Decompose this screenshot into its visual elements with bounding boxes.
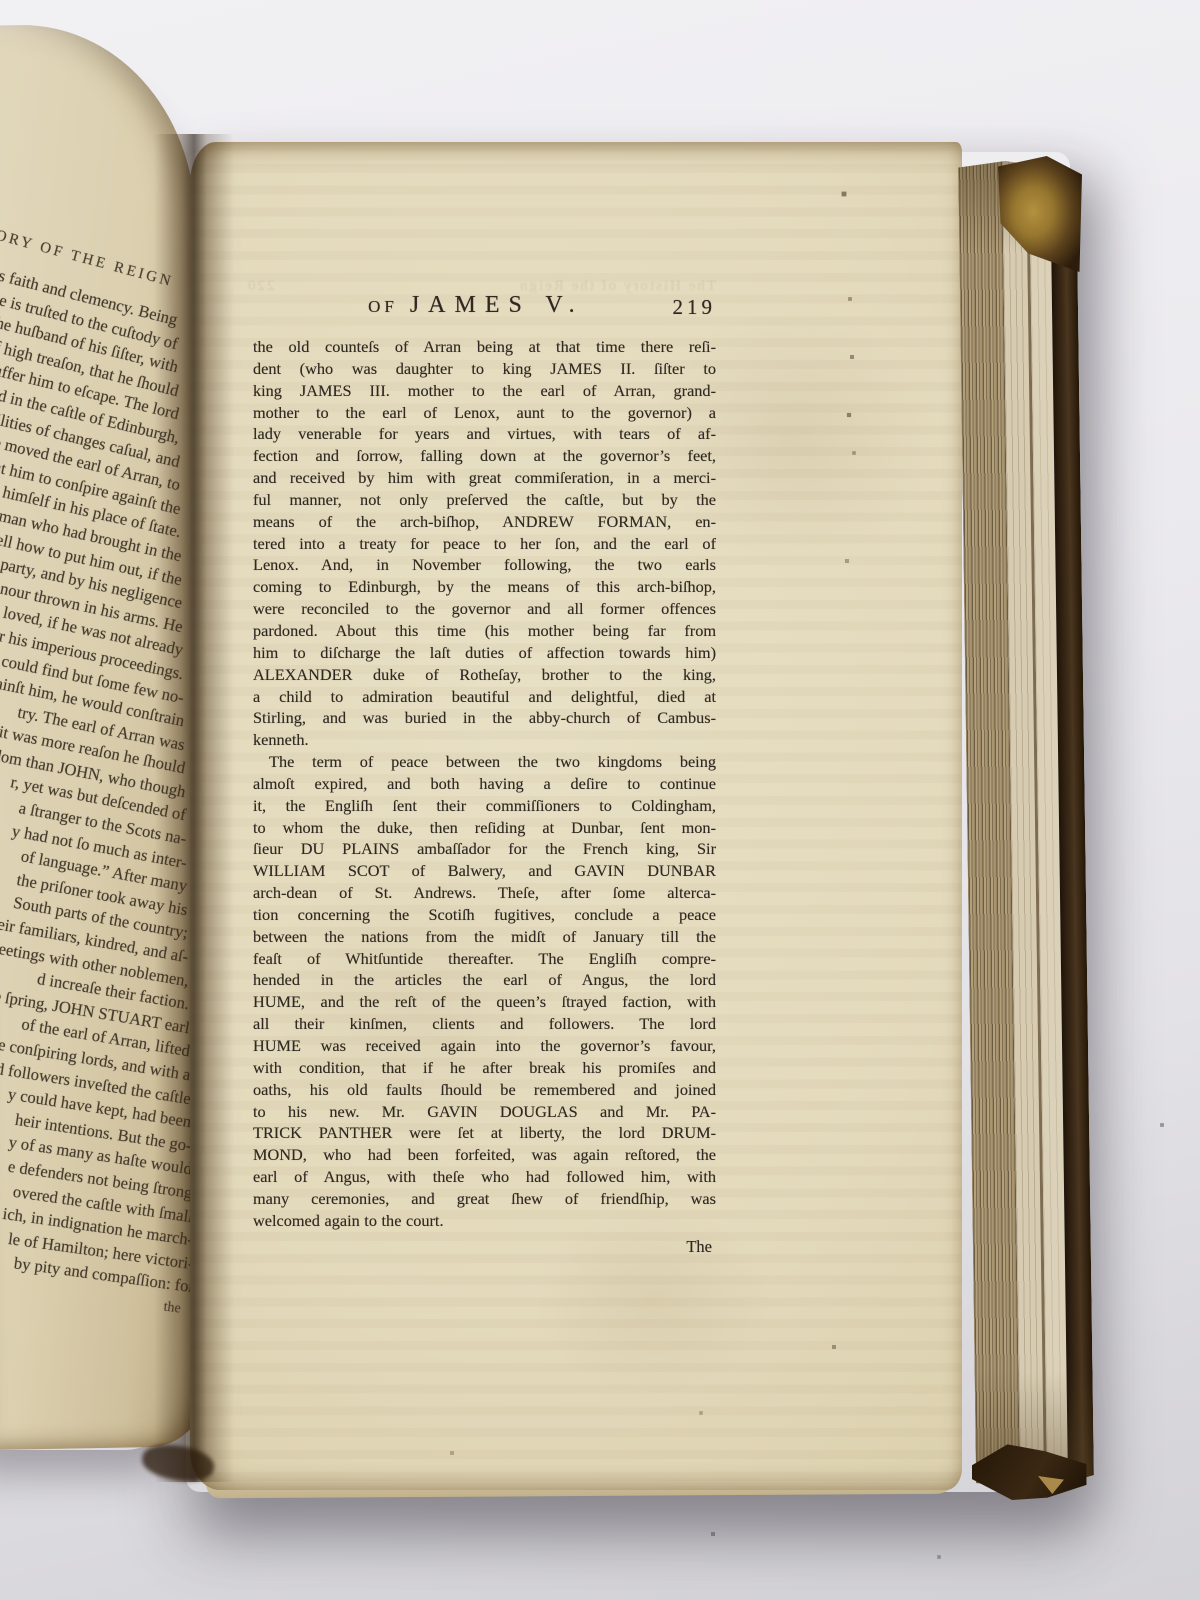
text-line: pardoned. About this time (his mother be…	[253, 620, 716, 642]
text-line: WILLIAM SCOT of Balwery, and GAVIN DUNBA…	[253, 860, 716, 882]
text-line: king JAMES III. mother to the earl of Ar…	[253, 380, 716, 402]
page-body-text: the old counteſs of Arran being at that …	[253, 336, 716, 1232]
text-line: Stirling, and was buried in the abby-chu…	[253, 707, 716, 729]
text-line: ALEXANDER duke of Rotheſay, brother to t…	[253, 664, 716, 686]
text-line: tered into a treaty for peace to her ſon…	[253, 533, 716, 555]
edge-shading	[958, 161, 1094, 1491]
text-line: lady venerable for years and virtues, wi…	[253, 423, 716, 445]
text-line: to whom the duke, then reſiding at Dunba…	[253, 817, 716, 839]
text-line: earl of Angus, with theſe who had follow…	[253, 1166, 716, 1188]
text-line: tion concerning the Scotiſh fugitives, c…	[253, 904, 716, 926]
text-line: the old counteſs of Arran being at that …	[253, 336, 716, 358]
text-line: feaſt of Whitſuntide thereafter. The Eng…	[253, 948, 716, 970]
running-header-of: OF	[368, 297, 398, 316]
text-line: with condition, that if he after break h…	[253, 1057, 716, 1079]
text-line: him to diſcharge the laſt duties of affe…	[253, 642, 716, 664]
text-line: arch-dean of St. Andrews. Theſe, after ſ…	[253, 882, 716, 904]
text-line: between the nations from the midſt of Ja…	[253, 926, 716, 948]
text-line: to his new. Mr. GAVIN DOUGLAS and Mr. PA…	[253, 1101, 716, 1123]
text-line: oaths, his old faults ſhould be remember…	[253, 1079, 716, 1101]
page-number: 219	[673, 295, 717, 320]
book-photo: TORY OF THE REIGN s faith and clemency. …	[0, 0, 1200, 1600]
text-line: dent (who was daughter to king JAMES II.…	[253, 358, 716, 380]
text-line: MOND, who had been forfeited, was again …	[253, 1144, 716, 1166]
paragraph: the old counteſs of Arran being at that …	[253, 336, 716, 751]
right-page: The History of the Reign 220 OFJAMES V. …	[190, 142, 962, 1490]
running-header-title: JAMES V.	[410, 292, 584, 318]
text-line: it, the Engliſh ſent their commiſſioners…	[253, 795, 716, 817]
text-line: means of the arch-biſhop, ANDREW FORMAN,…	[253, 511, 716, 533]
text-line: ful manner, not only preſerved the caſtl…	[253, 489, 716, 511]
text-line: a child to admiration beautiful and deli…	[253, 686, 716, 708]
text-line: mother to the earl of Lenox, aunt to the…	[253, 402, 716, 424]
fore-edge	[958, 161, 1094, 1491]
text-line: TRICK PANTHER were ſet at liberty, the l…	[253, 1122, 716, 1144]
text-line: many ceremonies, and great ſhew of frien…	[253, 1188, 716, 1210]
text-line: HUME, and the reſt of the queen’s ſtraye…	[253, 991, 716, 1013]
text-line: ſieur DU PLAINS ambaſſador for the Frenc…	[253, 838, 716, 860]
text-line: all their kinſmen, clients and followers…	[253, 1013, 716, 1035]
text-line: welcomed again to the court.	[253, 1210, 716, 1232]
text-line: and received by him with great commiſera…	[253, 467, 716, 489]
paragraph: The term of peace between the two kingdo…	[253, 751, 716, 1232]
text-line: The term of peace between the two kingdo…	[253, 751, 716, 773]
text-line: Lenox. And, in November following, the t…	[253, 554, 716, 576]
text-line: hended in the articles the earl of Angus…	[253, 969, 716, 991]
paper-specks	[0, 0, 2, 2]
text-line: coming to Edinburgh, by the means of thi…	[253, 576, 716, 598]
running-header: OFJAMES V.	[368, 292, 584, 319]
left-page: TORY OF THE REIGN s faith and clemency. …	[0, 22, 217, 1450]
text-line: almoſt expired, and both having a deſire…	[253, 773, 716, 795]
left-page-text-column: s faith and clemency. Beinghe is truſted…	[0, 309, 195, 1332]
text-line: were reconciled to the governor and all …	[253, 598, 716, 620]
text-line: kenneth.	[253, 729, 716, 751]
text-block: OFJAMES V. 219 the old counteſs of Arran…	[253, 292, 716, 1257]
text-line: fection and ſorrow, falling down at the …	[253, 445, 716, 467]
header-row: OFJAMES V. 219	[253, 292, 716, 336]
text-line: HUME was received again into the governo…	[253, 1035, 716, 1057]
catchword: The	[253, 1237, 716, 1257]
